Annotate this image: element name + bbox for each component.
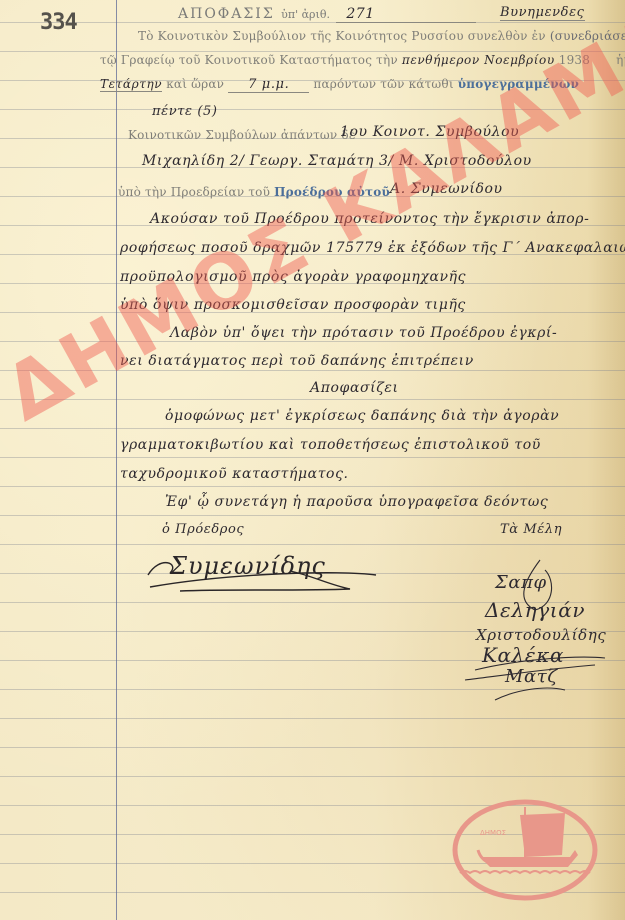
decision-heading: Αποφασίζει bbox=[310, 380, 399, 396]
decision-title: ΑΠΟΦΑΣΙΣ bbox=[178, 6, 275, 22]
decision-title-line: ΑΠΟΦΑΣΙΣ ὑπ' ἀριθ. 271 bbox=[178, 6, 476, 23]
members-label: Κοινοτικῶν Συμβούλων ἀπάντων δὲ bbox=[128, 128, 355, 142]
presidency-label: ὑπὸ τὴν Προεδρείαν τοῦ bbox=[118, 185, 270, 199]
intro-line-2-text: τῷ Γραφείῳ τοῦ Κοινοτικοῦ Καταστήματος τ… bbox=[100, 53, 398, 67]
body-p3-line-3: ταχυδρομικοῦ καταστήματος. bbox=[120, 466, 349, 482]
decision-number-label: ὑπ' ἀριθ. bbox=[281, 8, 330, 21]
decision-topic: Βυνημενδες bbox=[500, 5, 585, 21]
intro-weekday: Τετάρτην bbox=[100, 77, 162, 92]
members-sign-label: Τὰ Μέλη bbox=[500, 522, 562, 537]
intro-hour-label: καὶ ὥραν bbox=[166, 77, 224, 91]
decision-number: 271 bbox=[336, 6, 476, 23]
margin-line bbox=[116, 0, 117, 920]
archival-document-page: 334 ΑΠΟΦΑΣΙΣ ὑπ' ἀριθ. 271 Βυνημενδες Τὸ… bbox=[0, 0, 625, 920]
president-signature-flourish bbox=[140, 545, 390, 595]
present-count: πέντε (5) bbox=[152, 104, 218, 119]
president-label: ὁ Πρόεδρος bbox=[162, 522, 244, 537]
closing-line: Ἐφ' ᾧ συνετάγη ἡ παροῦσα ὑπογραφεῖσα δεό… bbox=[165, 494, 548, 510]
body-p3-line-1: ὁμοφώνως μετ' ἐγκρίσεως δαπάνης διὰ τὴν … bbox=[165, 408, 559, 424]
svg-text:ΔΗΜΟΣ: ΔΗΜΟΣ bbox=[480, 829, 506, 837]
page-number: 334 bbox=[40, 10, 77, 35]
intro-hour: 7 μ.μ. bbox=[228, 77, 309, 93]
members-signature-flourishes bbox=[455, 540, 615, 710]
ancient-ship-seal-icon: ΔΗΜΟΣ bbox=[450, 795, 600, 905]
intro-present-label: παρόντων τῶν κάτωθι bbox=[313, 77, 453, 91]
intro-line-1: Τὸ Κοινοτικὸν Συμβούλιον τῆς Κοινότητος … bbox=[138, 29, 625, 43]
body-p3-line-2: γραμματοκιβωτίου καὶ τοποθετήσεως ἐπιστο… bbox=[120, 437, 541, 453]
intro-line-1-text: Τὸ Κοινοτικὸν Συμβούλιον τῆς Κοινότητος … bbox=[138, 29, 546, 43]
